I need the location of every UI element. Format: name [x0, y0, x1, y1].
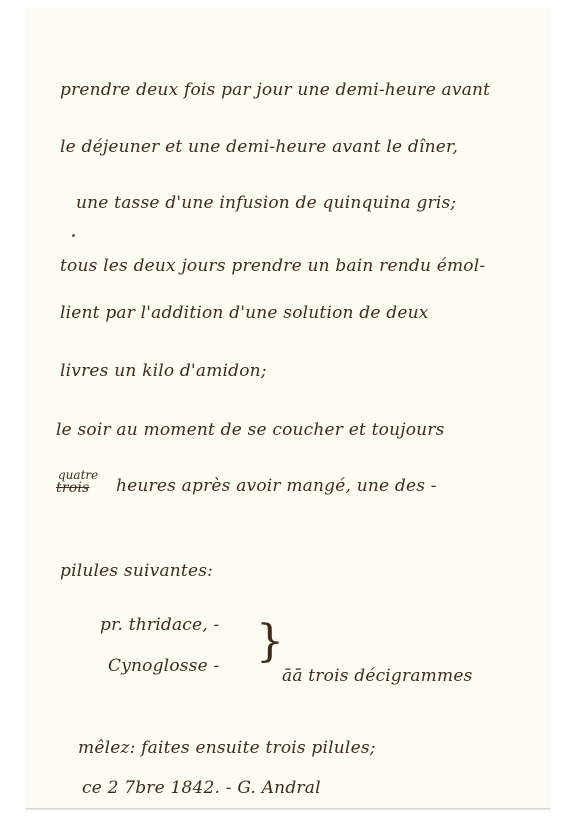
text-line-2: le déjeuner et une demi-heure avant le d… [60, 137, 458, 157]
manuscript-page: prendre deux fois par jour une demi-heur… [26, 8, 550, 809]
ink-dot [72, 234, 75, 237]
text-line-4: tous les deux jours prendre un bain rend… [60, 256, 485, 276]
text-line-13: mêlez: faites ensuite trois pilules; [78, 738, 376, 758]
text-line-9: pilules suivantes: [60, 561, 213, 581]
text-line-3: une tasse d'une infusion de quinquina gr… [76, 193, 456, 213]
text-line-12: āā trois décigrammes [282, 666, 473, 686]
text-line-11: Cynoglosse - [108, 656, 219, 676]
date-signature-line: ce 2 7bre 1842. - G. Andral [82, 778, 321, 798]
text-line-6: livres un kilo d'amidon; [60, 361, 267, 381]
brace-mark: } [256, 620, 284, 664]
text-line-5: lient par l'addition d'une solution de d… [60, 303, 429, 323]
struck-word: trois [56, 480, 89, 496]
text-line-7: le soir au moment de se coucher et toujo… [56, 420, 445, 440]
text-line-1: prendre deux fois par jour une demi-heur… [60, 80, 490, 100]
text-line-10: pr. thridace, - [100, 615, 219, 635]
text-line-8: heures après avoir mangé, une des - [116, 476, 437, 496]
